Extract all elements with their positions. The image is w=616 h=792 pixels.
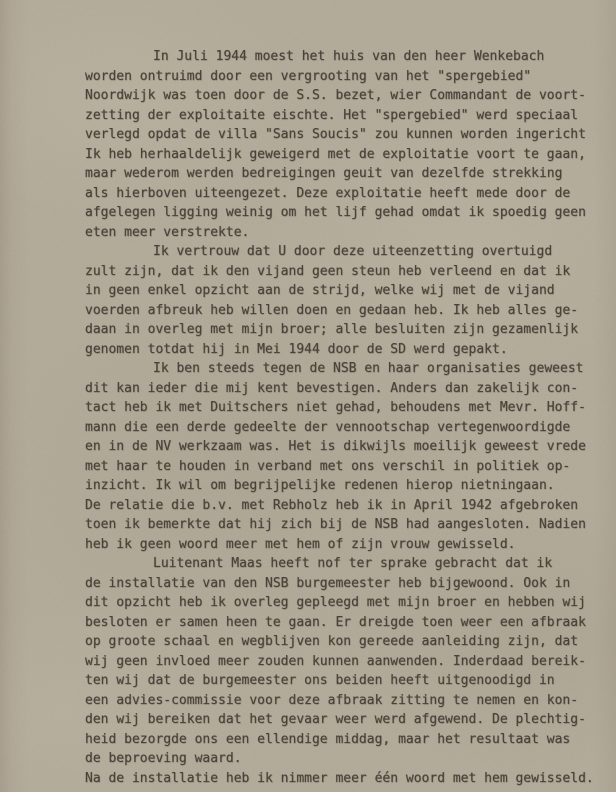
document-line: De relatie die b.v. met Rebholz heb ik i… — [85, 496, 597, 516]
document-line: maar wederom werden bedreigingen geuit v… — [85, 164, 597, 184]
document-line: zult zijn, dat ik den vijand geen steun … — [85, 262, 597, 282]
document-line: daan in overleg met mijn broer; alle bes… — [85, 320, 597, 340]
document-line: ten wij dat de burgemeester ons beiden h… — [85, 671, 597, 691]
document-line: genomen totdat hij in Mei 1944 door de S… — [85, 340, 597, 360]
document-line: inzicht. Ik wil om begrijpelijke redenen… — [85, 476, 597, 496]
document-body: In Juli 1944 moest het huis van den heer… — [85, 47, 597, 788]
document-line: de beproeving waard. — [85, 749, 597, 769]
document-line: wij geen invloed meer zouden kunnen aanw… — [85, 652, 597, 672]
document-line: dit opzicht heb ik overleg gepleegd met … — [85, 593, 597, 613]
scanned-letter-page: In Juli 1944 moest het huis van den heer… — [0, 0, 616, 792]
document-line: Ik vertrouw dat U door deze uiteenzettin… — [85, 242, 597, 262]
document-line: toen ik bemerkte dat hij zich bij de NSB… — [85, 515, 597, 535]
document-line: zetting der exploitaite eischte. Het "sp… — [85, 106, 597, 126]
document-line: mann die een derde gedeelte der vennoots… — [85, 418, 597, 438]
document-line: een advies-commissie voor deze afbraak z… — [85, 691, 597, 711]
document-line: met haar te houden in verband met ons ve… — [85, 457, 597, 477]
document-line: dit kan ieder die mij kent bevestigen. A… — [85, 379, 597, 399]
document-line: Luitenant Maas heeft nof ter sprake gebr… — [85, 554, 597, 574]
document-line: den wij bereiken dat het gevaar weer wer… — [85, 710, 597, 730]
document-line: verlegd opdat de villa "Sans Soucis" zou… — [85, 125, 597, 145]
document-line: heb ik geen woord meer met hem of zijn v… — [85, 535, 597, 555]
document-line: tact heb ik met Duitschers niet gehad, b… — [85, 398, 597, 418]
document-line: de installatie van den NSB burgemeester … — [85, 574, 597, 594]
document-line: worden ontruimd door een vergrooting van… — [85, 67, 597, 87]
document-line: op groote schaal en wegblijven kon geree… — [85, 632, 597, 652]
document-line: eten meer verstrekte. — [85, 223, 597, 243]
document-line: heid bezorgde ons een ellendige middag, … — [85, 730, 597, 750]
document-line: voerden afbreuk heb willen doen en gedaa… — [85, 301, 597, 321]
document-line: Ik ben steeds tegen de NSB en haar organ… — [85, 359, 597, 379]
document-line: en in de NV werkzaam was. Het is dikwijl… — [85, 437, 597, 457]
document-line: Noordwijk was toen door de S.S. bezet, w… — [85, 86, 597, 106]
document-line: afgelegen ligging weinig om het lijf geh… — [85, 203, 597, 223]
document-line: besloten er samen heen te gaan. Er dreig… — [85, 613, 597, 633]
document-line: als hierboven uiteengezet. Deze exploita… — [85, 184, 597, 204]
document-line: Ik heb herhaaldelijk geweigerd met de ex… — [85, 145, 597, 165]
document-line: Na de installatie heb ik nimmer meer één… — [85, 769, 597, 789]
document-line: in geen enkel opzicht aan de strijd, wel… — [85, 281, 597, 301]
document-line: In Juli 1944 moest het huis van den heer… — [85, 47, 597, 67]
